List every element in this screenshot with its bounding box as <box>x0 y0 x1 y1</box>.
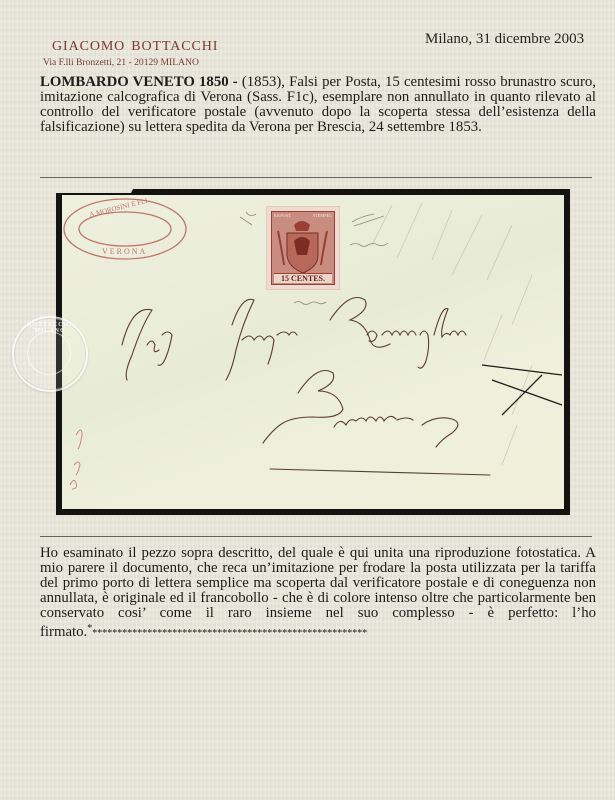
cachet-top-text: A.MOROSINI E FLI <box>89 197 150 219</box>
seal-monogram-icon <box>27 331 71 375</box>
expert-first-name: GIACOMO <box>52 39 125 54</box>
place-date: Milano, 31 dicembre 2003 <box>425 31 584 48</box>
divider-bottom <box>40 536 592 537</box>
expert-opinion: Ho esaminato il pezzo sopra descritto, d… <box>40 546 596 641</box>
signature-stars: ****************************************… <box>92 628 367 639</box>
opinion-text: Ho esaminato il pezzo sopra descritto, d… <box>40 545 596 640</box>
expert-name: GIACOMOBOTTACCHI <box>52 39 218 55</box>
item-description: LOMBARDO VENETO 1850 - (1853), Falsi per… <box>40 75 596 135</box>
stamp-design: KKPOST STEMPEL 15 CENTES. <box>271 211 335 285</box>
expert-seal-emboss: BOTTACCHI MILANO <box>12 316 88 392</box>
stamp-top-left-text: KKPOST <box>274 213 291 218</box>
divider-top <box>40 177 592 178</box>
postage-stamp: KKPOST STEMPEL 15 CENTES. <box>266 206 340 290</box>
stamp-top-right-text: STEMPEL <box>313 213 332 218</box>
expert-last-name: BOTTACCHI <box>131 39 218 54</box>
double-eagle-icon <box>272 219 333 279</box>
cachet-bottom-text: VERONA <box>102 247 147 256</box>
description-title: LOMBARDO VENETO 1850 - <box>40 74 238 90</box>
expert-address: Via F.lli Bronzetti, 21 - 20129 MILANO <box>43 57 199 68</box>
stamp-value-text: 15 CENTES. <box>274 273 332 283</box>
